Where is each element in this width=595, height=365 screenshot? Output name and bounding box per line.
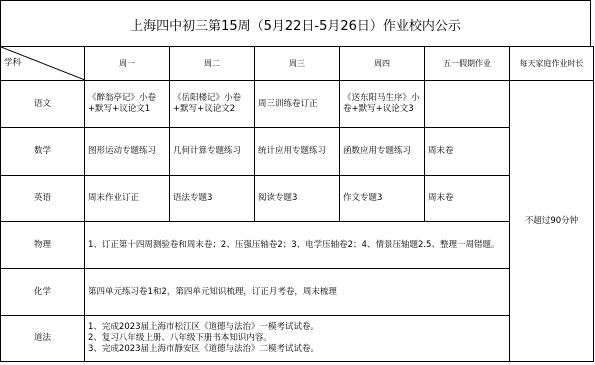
table-row: 化学 第四单元练习卷1和2，第四单元知识梳理，订正月考卷，周末梳理 xyxy=(1,269,594,316)
cell-thu: 《送东阳马生序》小卷+默写+议论文3 xyxy=(340,81,425,128)
list-item: 1、完成2023届上海市松江区《道德与法治》一模考试试卷。 xyxy=(88,322,506,333)
header-wed: 周三 xyxy=(255,47,340,81)
cell-thu: 函数应用专题练习 xyxy=(340,128,425,176)
cell-thu: 作文专题3 xyxy=(340,176,425,222)
cell-holiday: 周末卷 xyxy=(425,176,510,222)
corner-label: 学科 xyxy=(4,58,21,69)
subject-cell: 英语 xyxy=(1,176,85,222)
subject-cell: 化学 xyxy=(1,269,85,316)
list-item: 3、完成2023届上海市静安区《道德与法治》二模考试试卷。 xyxy=(88,344,506,355)
table-row: 物理 1、订正第十四周测验卷和周末卷；2、压强压轴卷2；3、电学压轴卷2；4、情… xyxy=(1,222,594,269)
cell-wed: 阅读专题3 xyxy=(255,176,340,222)
cell-tue: 《岳阳楼记》小卷+默写+议论文2 xyxy=(170,81,255,128)
corner-header-cell: 学科 xyxy=(1,47,85,81)
cell-mon: 《醉翁亭记》小卷+默写+议论文1 xyxy=(85,81,170,128)
homework-table-sheet: 上海四中初三第15周（5月22日-5月26日）作业校内公示 学科 周一 周二 周… xyxy=(0,0,595,365)
table-row: 数学 图形运动专题练习 几何计算专题练习 统计应用专题练习 函数应用专题练习 周… xyxy=(1,128,594,176)
header-tue: 周二 xyxy=(170,47,255,81)
merged-cell: 第四单元练习卷1和2，第四单元知识梳理，订正月考卷，周末梳理 xyxy=(85,269,510,316)
header-thu: 周四 xyxy=(340,47,425,81)
cell-tue: 语法专题3 xyxy=(170,176,255,222)
cell-wed: 统计应用专题练习 xyxy=(255,128,340,176)
cell-tue: 几何计算专题练习 xyxy=(170,128,255,176)
table-row: 语文 《醉翁亭记》小卷+默写+议论文1 《岳阳楼记》小卷+默写+议论文2 周三训… xyxy=(1,81,594,128)
header-mon: 周一 xyxy=(85,47,170,81)
homework-table: 学科 周一 周二 周三 周四 五一假期作业 每天家庭作业时长 语文 《醉翁亭记》… xyxy=(0,46,594,362)
merged-cell: 1、完成2023届上海市松江区《道德与法治》一模考试试卷。 2、复习八年级上册、… xyxy=(85,316,510,362)
cell-holiday: 周末卷 xyxy=(425,128,510,176)
list-item: 2、复习八年级上册、八年级下册书本知识内容。 xyxy=(88,333,506,344)
subject-cell: 数学 xyxy=(1,128,85,176)
table-row: 道法 1、完成2023届上海市松江区《道德与法治》一模考试试卷。 2、复习八年级… xyxy=(1,316,594,362)
table-row: 英语 周末作业订正 语法专题3 阅读专题3 作文专题3 周末卷 xyxy=(1,176,594,222)
subject-cell: 物理 xyxy=(1,222,85,269)
cell-holiday xyxy=(425,81,510,128)
table-title: 上海四中初三第15周（5月22日-5月26日）作业校内公示 xyxy=(0,0,591,47)
subject-cell: 语文 xyxy=(1,81,85,128)
subject-cell: 道法 xyxy=(1,316,85,362)
daily-time-cell: 不超过90分钟 xyxy=(510,81,594,362)
cell-wed: 周三训练卷订正 xyxy=(255,81,340,128)
cell-mon: 图形运动专题练习 xyxy=(85,128,170,176)
merged-cell: 1、订正第十四周测验卷和周末卷；2、压强压轴卷2；3、电学压轴卷2；4、情景压轴… xyxy=(85,222,510,269)
cell-mon: 周末作业订正 xyxy=(85,176,170,222)
header-daily-time: 每天家庭作业时长 xyxy=(510,47,594,81)
header-row: 学科 周一 周二 周三 周四 五一假期作业 每天家庭作业时长 xyxy=(1,47,594,81)
header-holiday: 五一假期作业 xyxy=(425,47,510,81)
